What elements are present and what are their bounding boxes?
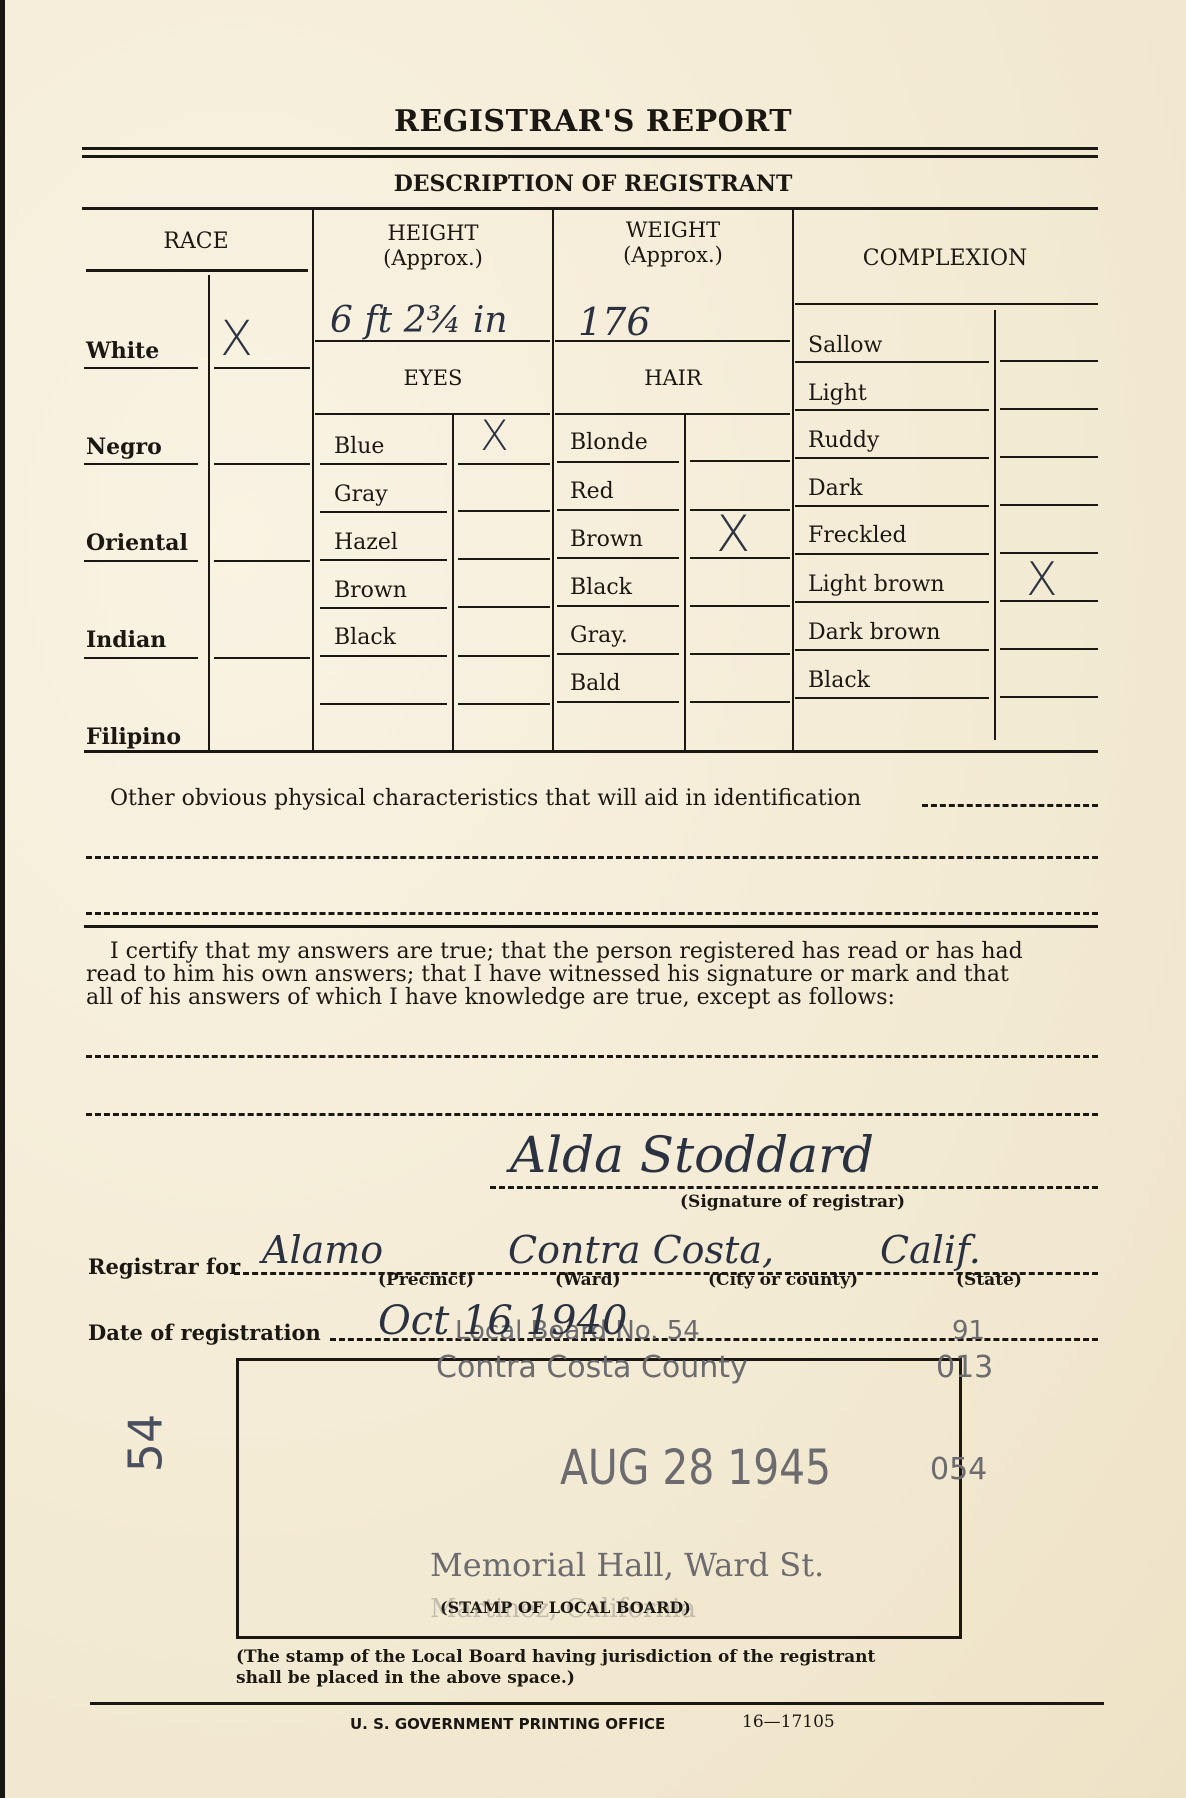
col-divider (792, 210, 794, 750)
eyes-option-brown: Brown (334, 578, 407, 603)
race-option-white: White (86, 338, 159, 364)
stamp-instruction-line-1: (The stamp of the Local Board having jur… (236, 1647, 875, 1668)
eyes-checkbox-blue[interactable]: X (480, 412, 509, 460)
weight-subheader: (Approx.) (555, 243, 791, 268)
precinct-caption: (Precinct) (378, 1270, 474, 1290)
col-divider (552, 210, 554, 750)
page-edge (0, 0, 5, 1798)
row-rule (320, 559, 447, 561)
race-checkbox-white[interactable]: X (220, 315, 253, 363)
row-rule (557, 509, 679, 511)
hair-option-blonde: Blonde (570, 430, 648, 455)
section-title: DESCRIPTION OF REGISTRANT (0, 171, 1186, 197)
exceptions-field-1[interactable] (86, 1055, 1098, 1058)
complexion-checkbox-black[interactable] (1000, 650, 1096, 696)
certification-line-3: all of his answers of which I have knowl… (86, 986, 1098, 1009)
ward-caption: (Ward) (555, 1270, 621, 1290)
certification-text: I certify that my answers are true; that… (86, 940, 1098, 1009)
state-caption: (State) (956, 1270, 1022, 1290)
height-header: HEIGHT (315, 221, 551, 246)
row-rule (557, 557, 679, 559)
stamp-instruction-line-2: shall be placed in the above space.) (236, 1668, 875, 1689)
race-checkbox-oriental[interactable] (214, 512, 308, 560)
row-rule (320, 655, 447, 657)
registrar-for-label: Registrar for (88, 1254, 240, 1279)
row-rule (795, 505, 989, 507)
row-rule (795, 697, 989, 699)
stamp-caption: (STAMP OF LOCAL BOARD) (440, 1598, 691, 1617)
col-divider (312, 210, 314, 750)
header-rule (795, 303, 1098, 305)
other-characteristics-field-1[interactable] (922, 804, 1098, 807)
hair-checkbox-blonde[interactable] (690, 415, 786, 461)
hair-option-gray: Gray. (570, 623, 628, 648)
complexion-option-light-brown: Light brown (808, 572, 945, 597)
height-value[interactable]: 6 ft 2¾ in (330, 300, 508, 341)
board-code-stamp: 91 (952, 1316, 985, 1346)
complexion-header: COMPLEXION (795, 246, 1095, 271)
other-characteristics-field-3[interactable] (86, 912, 1098, 915)
row-rule (214, 560, 310, 562)
row-rule (84, 560, 198, 562)
complexion-option-ruddy: Ruddy (808, 428, 879, 453)
hair-option-bald: Bald (570, 671, 620, 696)
complexion-option-black: Black (808, 668, 870, 693)
race-option-indian: Indian (86, 627, 166, 653)
precinct-value[interactable]: Alamo (262, 1228, 383, 1272)
title-rule-top (82, 147, 1098, 150)
stamp-code-mid: 054 (930, 1452, 987, 1487)
complexion-checkbox-light[interactable] (1000, 362, 1096, 408)
title-rule-bottom (82, 155, 1098, 158)
certification-line-1: I certify that my answers are true; that… (86, 940, 1098, 963)
stamp-instruction: (The stamp of the Local Board having jur… (236, 1647, 875, 1689)
row-rule (795, 601, 989, 603)
footer-rule (90, 1702, 1104, 1705)
col-divider (452, 415, 454, 750)
eyes-checkbox-brown[interactable] (458, 560, 548, 606)
state-value[interactable]: Calif. (880, 1228, 981, 1272)
header-rule (315, 413, 550, 415)
complexion-checkbox-ruddy[interactable] (1000, 410, 1096, 456)
row-rule (1000, 696, 1098, 698)
row-rule (795, 409, 989, 411)
eyes-header: EYES (315, 366, 551, 391)
complexion-option-dark-brown: Dark brown (808, 620, 940, 645)
eyes-option-black: Black (334, 625, 396, 650)
row-rule (795, 553, 989, 555)
row-rule (557, 701, 679, 703)
eyes-checkbox-gray[interactable] (458, 465, 548, 509)
height-underline (315, 340, 550, 342)
form-number: 16—17105 (742, 1712, 835, 1732)
row-rule (795, 649, 989, 651)
eyes-option-blue: Blue (334, 434, 384, 459)
signature-caption: (Signature of registrar) (680, 1192, 905, 1212)
row-rule (214, 463, 310, 465)
stamp-date: AUG 28 1945 (560, 1440, 831, 1496)
race-header: RACE (86, 229, 306, 254)
date-of-registration-label: Date of registration (88, 1320, 321, 1345)
hair-option-red: Red (570, 479, 614, 504)
stamp-code-top: 013 (936, 1350, 993, 1385)
row-rule (795, 361, 989, 363)
complexion-checkbox-sallow[interactable] (1000, 310, 1096, 360)
row-rule (84, 367, 198, 369)
row-rule (84, 657, 198, 659)
table-top-rule (82, 207, 1098, 210)
eyes-option-hazel: Hazel (334, 530, 398, 555)
row-rule (214, 367, 310, 369)
weight-header: WEIGHT (555, 218, 791, 243)
row-rule (320, 463, 447, 465)
signature-line (490, 1186, 1098, 1189)
complexion-checkbox-dark-brown[interactable] (1000, 602, 1096, 648)
stamp-county: Contra Costa County (436, 1350, 748, 1385)
hair-header: HAIR (555, 366, 791, 391)
stamp-address: Memorial Hall, Ward St. (430, 1546, 824, 1584)
row-rule (690, 701, 790, 703)
col-divider (684, 415, 686, 750)
race-checkbox-filipino[interactable] (214, 690, 308, 742)
county-value[interactable]: Contra Costa, (508, 1228, 774, 1272)
complexion-option-sallow: Sallow (808, 333, 882, 358)
row-rule (557, 605, 679, 607)
header-rule (86, 269, 308, 272)
row-rule (458, 703, 550, 705)
hair-option-black: Black (570, 575, 632, 600)
hair-option-brown: Brown (570, 527, 643, 552)
registrar-signature[interactable]: Alda Stoddard (510, 1126, 874, 1184)
complexion-option-light: Light (808, 381, 867, 406)
height-subheader: (Approx.) (315, 246, 551, 271)
hair-checkbox-brown[interactable]: X (716, 510, 750, 558)
table-bottom-rule (84, 750, 1098, 753)
race-option-oriental: Oriental (86, 530, 188, 556)
row-rule (795, 457, 989, 459)
complexion-option-dark: Dark (808, 476, 863, 501)
row-rule (458, 655, 550, 657)
other-characteristics-label: Other obvious physical characteristics t… (110, 786, 861, 811)
complexion-checkbox-dark[interactable] (1000, 458, 1096, 504)
section-rule (84, 925, 1098, 928)
weight-underline (555, 340, 790, 342)
col-divider (994, 310, 996, 740)
eyes-checkbox-hazel[interactable] (458, 512, 548, 558)
weight-value[interactable]: 176 (578, 300, 651, 344)
race-checkbox-indian[interactable] (214, 609, 308, 657)
row-rule (320, 511, 447, 513)
race-option-negro: Negro (86, 434, 162, 460)
race-checkbox-negro[interactable] (214, 415, 308, 463)
complexion-checkbox-freckled[interactable] (1000, 506, 1096, 552)
row-rule (557, 653, 679, 655)
complexion-option-freckled: Freckled (808, 523, 907, 548)
certification-line-2: read to him his own answers; that I have… (86, 963, 1098, 986)
row-rule (84, 463, 198, 465)
eyes-checkbox-black[interactable] (458, 608, 548, 654)
other-characteristics-field-2[interactable] (86, 856, 1098, 859)
row-rule (557, 461, 679, 463)
complexion-checkbox-light-brown[interactable]: X (1026, 555, 1058, 603)
hair-checkbox-bald[interactable] (690, 655, 786, 701)
hair-checkbox-black[interactable] (690, 559, 786, 605)
row-rule (320, 607, 447, 609)
page-title: REGISTRAR'S REPORT (0, 104, 1186, 139)
hair-checkbox-red[interactable] (690, 462, 786, 508)
exceptions-field-2[interactable] (86, 1113, 1098, 1116)
race-option-filipino: Filipino (86, 724, 181, 750)
side-number-stamp: 54 (118, 1414, 172, 1473)
hair-checkbox-gray[interactable] (690, 607, 786, 653)
col-divider (208, 275, 210, 750)
other-characteristics-text: Other obvious physical characteristics t… (110, 786, 861, 811)
row-rule (214, 657, 310, 659)
printer-label: U. S. GOVERNMENT PRINTING OFFICE (350, 1715, 665, 1733)
eyes-option-gray: Gray (334, 482, 388, 507)
city-county-caption: (City or county) (708, 1270, 858, 1290)
date-of-registration-value[interactable]: Oct 16 1940 (378, 1298, 627, 1344)
row-rule (320, 703, 447, 705)
